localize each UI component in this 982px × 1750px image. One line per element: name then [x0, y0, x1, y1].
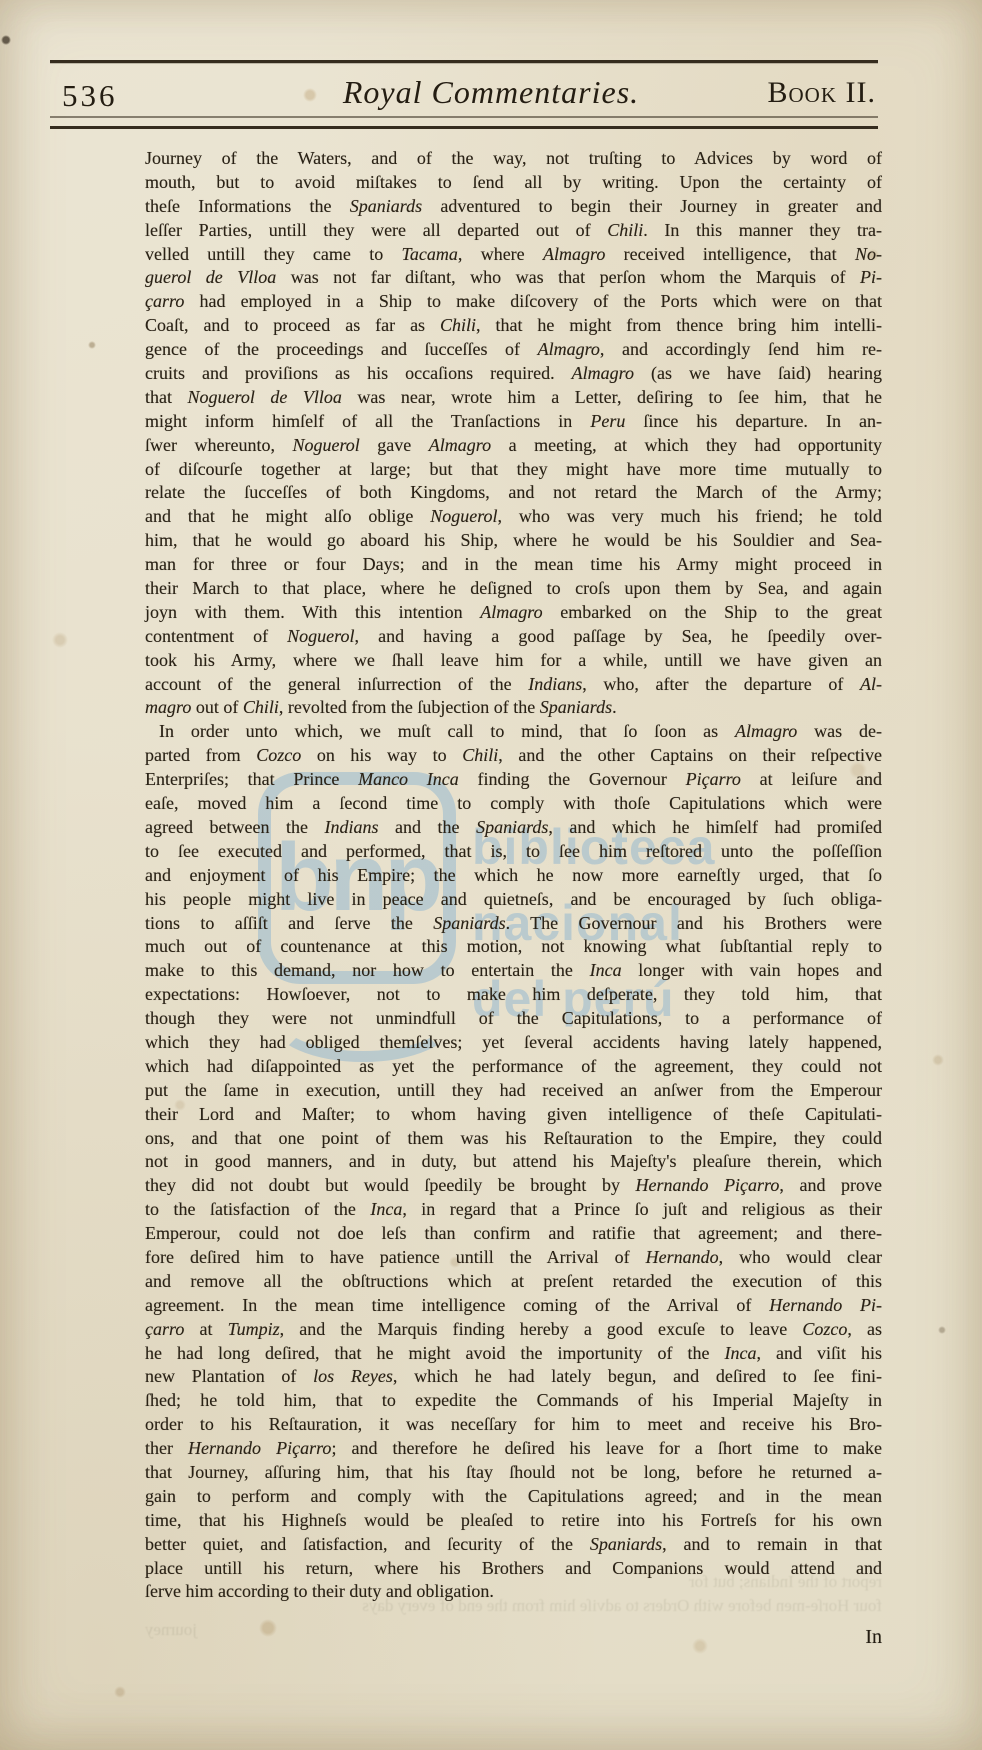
roman-text: he had long deſired, that he might avoid…: [145, 1343, 725, 1363]
roman-text: contentment of: [145, 626, 287, 646]
italic-text: Manco Inca: [358, 769, 459, 789]
roman-text: , and the Marquis finding hereby a good …: [280, 1319, 803, 1339]
italic-text: Spaniards: [540, 697, 612, 717]
roman-text: , which he had lately begun, and deſired…: [393, 1366, 882, 1386]
italic-text: çarro: [145, 291, 184, 311]
body-line: put the ſame in execution, untill they h…: [145, 1079, 882, 1103]
roman-text: and that he might alſo oblige: [145, 506, 430, 526]
body-line: Journey of the Waters, and of the way, n…: [145, 147, 882, 171]
roman-text: account of the general inſurrection of t…: [145, 674, 528, 694]
italic-text: Hernando Piçarro: [188, 1438, 331, 1458]
header-rule-top: [50, 60, 878, 63]
roman-text: put the ſame in execution, untill they h…: [145, 1080, 882, 1100]
roman-text: , who was very much his friend; he told: [498, 506, 882, 526]
roman-text: finding the Governour: [459, 769, 686, 789]
body-line: much out of countenance at this motion, …: [145, 935, 882, 959]
italic-text: Noguerol de Vlloa: [188, 387, 342, 407]
italic-text: Al-: [860, 674, 882, 694]
roman-text: gave: [360, 435, 429, 455]
body-line: ſwer whereunto, Noguerol gave Almagro a …: [145, 434, 882, 458]
roman-text: his people might live in peace and quiet…: [145, 889, 882, 909]
body-line: that Noguerol de Vlloa was near, wrote h…: [145, 386, 882, 410]
body-line: of diſcourſe together at large; but that…: [145, 458, 882, 482]
roman-text: make to this demand, nor how to entertai…: [145, 960, 590, 980]
roman-text: ſerve him according to their duty and ob…: [145, 1581, 494, 1601]
body-line: eaſe, moved him a ſecond time to comply …: [145, 792, 882, 816]
italic-text: Piçarro: [686, 769, 741, 789]
roman-text: . The Governour and his Brothers were: [506, 913, 882, 933]
body-line: order to his Reſtauration, it was neceſſ…: [145, 1413, 882, 1437]
roman-text: , and to remain in that: [662, 1534, 882, 1554]
italic-text: Spaniards: [350, 196, 422, 216]
body-line: new Plantation of los Reyes, which he ha…: [145, 1365, 882, 1389]
roman-text: was not far diſtant, who was that perſon…: [276, 267, 860, 287]
italic-text: Inca: [725, 1343, 757, 1363]
roman-text: velled untill they came to: [145, 244, 402, 264]
roman-text: at leiſure and: [741, 769, 882, 789]
body-line: time, that his Highneſs would be pleaſed…: [145, 1509, 882, 1533]
body-line: and that he might alſo oblige Noguerol, …: [145, 505, 882, 529]
roman-text: out of: [191, 697, 243, 717]
italic-text: Spaniards: [433, 913, 505, 933]
body-line: ther Hernando Piçarro; and therefore he …: [145, 1437, 882, 1461]
body-line: contentment of Noguerol, and having a go…: [145, 625, 882, 649]
roman-text: parted from: [145, 745, 256, 765]
roman-text: , who, after the departure of: [582, 674, 860, 694]
body-line: magro out of Chili, revolted from the ſu…: [145, 696, 882, 720]
roman-text: their Lord and Maſter; to whom having gi…: [145, 1104, 882, 1124]
italic-text: Peru: [590, 411, 625, 431]
roman-text: not in good manners, and in duty, but at…: [145, 1151, 882, 1171]
body-line: their March to that place, where he deſi…: [145, 577, 882, 601]
body-line: gence of the proceedings and ſucceſſes o…: [145, 338, 882, 362]
roman-text: In order unto which, we muſt call to min…: [159, 721, 735, 741]
italic-text: Noguerol: [287, 626, 354, 646]
roman-text: theſe Informations the: [145, 196, 350, 216]
roman-text: which they had obliged themſelves; yet ſ…: [145, 1032, 882, 1052]
italic-text: Almagro: [480, 602, 542, 622]
roman-text: to ſee executed and performed, that is, …: [145, 841, 882, 861]
roman-text: that: [145, 387, 188, 407]
roman-text: they did not doubt but would ſpeedily be…: [145, 1175, 636, 1195]
roman-text: eaſe, moved him a ſecond time to comply …: [145, 793, 882, 813]
body-line: him, that he would go aboard his Ship, w…: [145, 529, 882, 553]
body-line: account of the general inſurrection of t…: [145, 673, 882, 697]
roman-text: time, that his Highneſs would be pleaſed…: [145, 1510, 882, 1530]
roman-text: man for three or four Days; and in the m…: [145, 554, 882, 574]
roman-text: and the: [379, 817, 477, 837]
body-line: that Journey, aſſuring him, that his ſta…: [145, 1461, 882, 1485]
roman-text: , where: [458, 244, 543, 264]
roman-text: Enterpriſes; that Prince: [145, 769, 358, 789]
italic-text: los Reyes: [313, 1366, 393, 1386]
italic-text: Almagro: [538, 339, 600, 359]
roman-text: ſince his departure. In an-: [625, 411, 882, 431]
roman-text: (as we have ſaid) hearing: [634, 363, 882, 383]
roman-text: joyn with them. With this intention: [145, 602, 480, 622]
roman-text: tions to aſſiſt and ſerve the: [145, 913, 433, 933]
roman-text: mouth, but to avoid miſtakes to ſend all…: [145, 172, 882, 192]
roman-text: might inform himſelf of all the Tranſact…: [145, 411, 590, 431]
italic-text: Cozco: [802, 1319, 847, 1339]
body-line: not in good manners, and in duty, but at…: [145, 1150, 882, 1174]
roman-text: had employed in a Ship to make diſcovery…: [184, 291, 882, 311]
body-line: Enterpriſes; that Prince Manco Inca find…: [145, 768, 882, 792]
roman-text: on his way to: [301, 745, 462, 765]
body-line: though they were not unmindfull of the C…: [145, 1007, 882, 1031]
roman-text: ons, and that one point of them was his …: [145, 1128, 882, 1148]
italic-text: Inca: [370, 1199, 402, 1219]
catchword: In: [865, 1626, 882, 1649]
body-line: to ſee executed and performed, that is, …: [145, 840, 882, 864]
roman-text: gain to perform and comply with the Capi…: [145, 1486, 882, 1506]
roman-text: relate the ſucceſſes of both Kingdoms, a…: [145, 482, 882, 502]
body-line: velled untill they came to Tacama, where…: [145, 243, 882, 267]
roman-text: , and prove: [779, 1175, 882, 1195]
body-line: ſhed; he told him, that to expedite the …: [145, 1389, 882, 1413]
body-line: better quiet, and ſatisfaction, and ſecu…: [145, 1533, 882, 1557]
body-line: Coaſt, and to proceed as far as Chili, t…: [145, 314, 882, 338]
italic-text: Hernando Pi-: [769, 1295, 882, 1315]
roman-text: , and having a good paſſage by Sea, he ſ…: [355, 626, 883, 646]
roman-text: and enjoyment of his Empire; the which h…: [145, 865, 882, 885]
body-line: their Lord and Maſter; to whom having gi…: [145, 1103, 882, 1127]
italic-text: Indians: [528, 674, 582, 694]
body-line: theſe Informations the Spaniards adventu…: [145, 195, 882, 219]
roman-text: adventured to begin their Journey in gre…: [422, 196, 882, 216]
italic-text: magro: [145, 697, 191, 717]
body-line: çarro at Tumpiz, and the Marquis finding…: [145, 1318, 882, 1342]
roman-text: though they were not unmindfull of the C…: [145, 1008, 882, 1028]
roman-text: which had diſappointed as yet the perfor…: [145, 1056, 882, 1076]
italic-text: Almagro: [429, 435, 491, 455]
roman-text: better quiet, and ſatisfaction, and ſecu…: [145, 1534, 590, 1554]
italic-text: Almagro: [572, 363, 634, 383]
roman-text: ſwer whereunto,: [145, 435, 292, 455]
roman-text: , in regard that a Prince ſo juſt and re…: [402, 1199, 882, 1219]
body-line: to the ſatisfaction of the Inca, in rega…: [145, 1198, 882, 1222]
roman-text: him, that he would go aboard his Ship, w…: [145, 530, 882, 550]
body-line: relate the ſucceſſes of both Kingdoms, a…: [145, 481, 882, 505]
roman-text: Emperour, could not doe leſs than confir…: [145, 1223, 882, 1243]
body-line: make to this demand, nor how to entertai…: [145, 959, 882, 983]
roman-text: received intelligence, that: [605, 244, 855, 264]
body-line: gain to perform and comply with the Capi…: [145, 1485, 882, 1509]
roman-text: longer with vain hopes and: [622, 960, 882, 980]
book-page: report of the Indians; but for four Horſ…: [0, 0, 982, 1750]
body-line: man for three or four Days; and in the m…: [145, 553, 882, 577]
roman-text: was de-: [797, 721, 882, 741]
roman-text: cruits and proviſions as his occaſions r…: [145, 363, 572, 383]
italic-text: Indians: [325, 817, 379, 837]
paragraph: In order unto which, we muſt call to min…: [145, 720, 882, 1604]
body-line: tions to aſſiſt and ſerve the Spaniards.…: [145, 912, 882, 936]
show-through-line: journey: [145, 1618, 882, 1642]
roman-text: and remove all the obſtructions which at…: [145, 1271, 882, 1291]
italic-text: Chili: [607, 220, 643, 240]
body-text: Journey of the Waters, and of the way, n…: [145, 147, 882, 1604]
roman-text: , and viſit his: [756, 1343, 882, 1363]
roman-text: . In this manner they tra-: [643, 220, 882, 240]
italic-text: Noguerol: [430, 506, 497, 526]
roman-text: to the ſatisfaction of the: [145, 1199, 370, 1219]
italic-text: Spaniards: [590, 1534, 662, 1554]
roman-text: much out of countenance at this motion, …: [145, 936, 882, 956]
roman-text: leſſer Parties, untill they were all dep…: [145, 220, 607, 240]
italic-text: Chili: [462, 745, 498, 765]
roman-text: , who would clear: [719, 1247, 882, 1267]
book-label: Book II.: [768, 76, 877, 110]
body-line: and enjoyment of his Empire; the which h…: [145, 864, 882, 888]
roman-text: Coaſt, and to proceed as far as: [145, 315, 440, 335]
roman-text: , that he might from thence bring him in…: [476, 315, 882, 335]
roman-text: , and which he himſelf had promiſed: [548, 817, 882, 837]
header-rule-thin: [50, 116, 878, 118]
italic-text: Almagro: [543, 244, 605, 264]
body-line: he had long deſired, that he might avoid…: [145, 1342, 882, 1366]
roman-text: , as: [847, 1319, 882, 1339]
roman-text: , and the other Captains on their reſpec…: [498, 745, 882, 765]
italic-text: Spaniards: [476, 817, 548, 837]
roman-text: gence of the proceedings and ſucceſſes o…: [145, 339, 538, 359]
body-line: his people might live in peace and quiet…: [145, 888, 882, 912]
body-line: çarro had employed in a Ship to make diſ…: [145, 290, 882, 314]
body-line: cruits and proviſions as his occaſions r…: [145, 362, 882, 386]
body-line: place untill his return, where his Broth…: [145, 1557, 882, 1581]
italic-text: Chili: [440, 315, 476, 335]
italic-text: Hernando: [646, 1247, 719, 1267]
body-line: they did not doubt but would ſpeedily be…: [145, 1174, 882, 1198]
body-line: guerol de Vlloa was not far diſtant, who…: [145, 266, 882, 290]
header-rule-thick: [50, 126, 878, 129]
italic-text: çarro: [145, 1319, 184, 1339]
roman-text: a meeting, at which they had opportunity: [491, 435, 882, 455]
body-line: agreed between the Indians and the Spani…: [145, 816, 882, 840]
italic-text: Cozco: [256, 745, 301, 765]
body-line: and remove all the obſtructions which at…: [145, 1270, 882, 1294]
roman-text: order to his Reſtauration, it was neceſſ…: [145, 1414, 882, 1434]
body-line: agreement. In the mean time intelligence…: [145, 1294, 882, 1318]
italic-text: guerol de Vlloa: [145, 267, 276, 287]
roman-text: agreement. In the mean time intelligence…: [145, 1295, 769, 1315]
roman-text: , and accordingly ſend him re-: [600, 339, 882, 359]
roman-text: took his Army, where we ſhall leave him …: [145, 650, 882, 670]
body-line: joyn with them. With this intention Alma…: [145, 601, 882, 625]
italic-text: Pi-: [860, 267, 882, 287]
roman-text: place untill his return, where his Broth…: [145, 1558, 882, 1578]
body-line: which they had obliged themſelves; yet ſ…: [145, 1031, 882, 1055]
italic-text: Chili: [243, 697, 279, 717]
roman-text: fore deſired him to have patience untill…: [145, 1247, 646, 1267]
body-line: which had diſappointed as yet the perfor…: [145, 1055, 882, 1079]
italic-text: No-: [855, 244, 882, 264]
roman-text: agreed between the: [145, 817, 325, 837]
body-line: ons, and that one point of them was his …: [145, 1127, 882, 1151]
italic-text: Tacama: [402, 244, 458, 264]
italic-text: Almagro: [735, 721, 797, 741]
body-line: took his Army, where we ſhall leave him …: [145, 649, 882, 673]
body-line: expectations: Howſoever, not to make him…: [145, 983, 882, 1007]
roman-text: ; and therefore he deſired his leave for…: [331, 1438, 882, 1458]
roman-text: ther: [145, 1438, 188, 1458]
body-line: Emperour, could not doe leſs than confir…: [145, 1222, 882, 1246]
roman-text: at: [184, 1319, 227, 1339]
body-line: ſerve him according to their duty and ob…: [145, 1580, 882, 1604]
italic-text: Hernando Piçarro: [636, 1175, 780, 1195]
body-line: fore deſired him to have patience untill…: [145, 1246, 882, 1270]
roman-text: .: [612, 697, 617, 717]
roman-text: ſhed; he told him, that to expedite the …: [145, 1390, 882, 1410]
italic-text: Noguerol: [292, 435, 359, 455]
body-line: might inform himſelf of all the Tranſact…: [145, 410, 882, 434]
body-line: mouth, but to avoid miſtakes to ſend all…: [145, 171, 882, 195]
roman-text: embarked on the Ship to the great: [543, 602, 882, 622]
paragraph: Journey of the Waters, and of the way, n…: [145, 147, 882, 720]
roman-text: that Journey, aſſuring him, that his ſta…: [145, 1462, 882, 1482]
body-line: parted from Cozco on his way to Chili, a…: [145, 744, 882, 768]
roman-text: their March to that place, where he deſi…: [145, 578, 882, 598]
roman-text: of diſcourſe together at large; but that…: [145, 459, 882, 479]
italic-text: Inca: [590, 960, 622, 980]
italic-text: Tumpiz: [228, 1319, 280, 1339]
roman-text: new Plantation of: [145, 1366, 313, 1386]
roman-text: expectations: Howſoever, not to make him…: [145, 984, 882, 1004]
body-line: In order unto which, we muſt call to min…: [145, 720, 882, 744]
roman-text: was near, wrote him a Letter, deſiring t…: [342, 387, 882, 407]
body-line: leſſer Parties, untill they were all dep…: [145, 219, 882, 243]
roman-text: , revolted from the ſubjection of the: [279, 697, 540, 717]
roman-text: Journey of the Waters, and of the way, n…: [145, 148, 882, 168]
